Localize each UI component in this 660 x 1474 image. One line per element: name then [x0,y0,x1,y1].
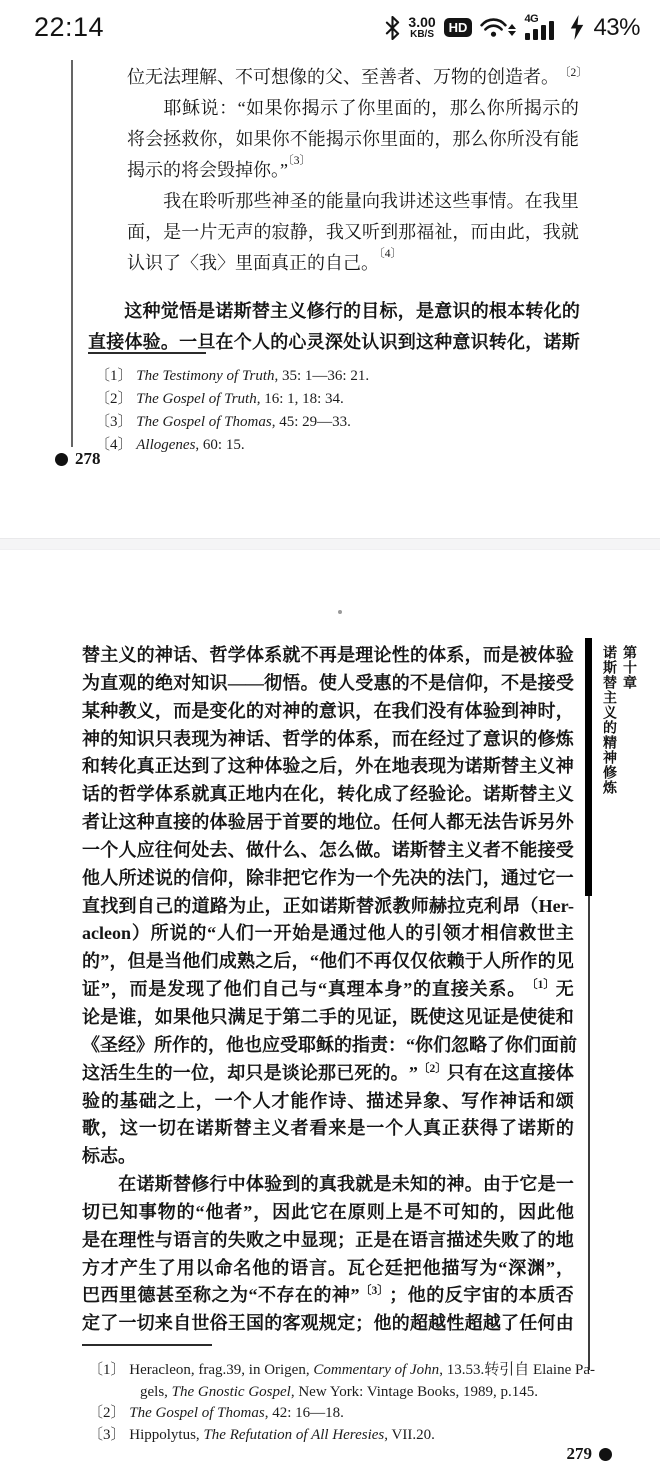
text-line: 将会拯救你，如果你不能揭示你里面的，那么你所没有能 [127,124,579,155]
text-line: 我在聆听那些神圣的能量向我讲述这些事情。在我里 [127,186,579,217]
text-line: 直找到自己的道路为止，正如诺斯替派教师赫拉克利昂（Her- [82,893,574,921]
footnote-line: 〔1〕 Heracleon, frag.39, in Origen, Comme… [88,1360,628,1382]
text-line: 某种教义，而是变化的对神的意识，在我们没有体验到神时， [82,698,574,726]
bluetooth-icon [385,16,400,40]
status-icons: 3.00 KB/S HD 4G [385,14,640,42]
text-line: 者让这种直接的体验居于首要的地位。任何人都无法告诉另外 [82,809,574,837]
text-line: 方才产生了用以命名他的语言。瓦仑廷把他描写为“深渊”， [82,1255,574,1283]
footnote-line: 〔4〕 Allogenes, 60: 15. [95,434,615,457]
body-paragraph: 这种觉悟是诺斯替主义修行的目标，是意识的根本转化的直接体验。一旦在个人的心灵深处… [88,296,580,358]
body-text: 替主义的神话、哲学体系就不再是理论性的体系，而是被体验为直观的绝对知识——彻悟。… [82,642,574,1338]
text-line: 验的基础之上，一个人才能作诗、描述异象、写作神话和颂 [82,1088,574,1116]
ebook-reader-screen: 22:14 3.00 KB/S HD 4G [0,0,660,1474]
quotation-block: 位无法理解、不可想像的父、至善者、万物的创造者。〔2〕耶稣说：“如果你揭示了你里… [127,62,579,279]
text-line: 神的知识只表现为神话、哲学的体系，而在经过了意识的修炼 [82,726,574,754]
book-page-279[interactable]: 替主义的神话、哲学体系就不再是理论性的体系，而是被体验为直观的绝对知识——彻悟。… [0,548,660,1474]
text-line: 这种觉悟是诺斯替主义修行的目标，是意识的根本转化的 [88,296,580,327]
cellular-signal-icon: 4G [524,14,561,41]
text-line: 为直观的绝对知识——彻悟。使人受惠的不是信仰，不是接受 [82,670,574,698]
status-bar: 22:14 3.00 KB/S HD 4G [0,0,660,55]
chapter-title: 诺斯替主义的精神修炼 [601,645,616,795]
text-line: 替主义的神话、哲学体系就不再是理论性的体系，而是被体验 [82,642,574,670]
text-line: 和转化真正达到了这种体验之后，外在地表现为诺斯替主义神 [82,753,574,781]
footnote-separator [88,352,206,354]
text-line: 切已知事物的“他者”，因此它在原则上是不可知的，因此他 [82,1199,574,1227]
text-line: 《圣经》所作的，他也应受耶稣的指责：“你们忽略了你们面前 [82,1032,574,1060]
network-speed-indicator: 3.00 KB/S [408,15,435,39]
text-line: 揭示的将会毁掉你。”〔3〕 [127,155,579,186]
charging-icon [569,15,585,40]
text-line: 位无法理解、不可想像的父、至善者、万物的创造者。〔2〕 [127,62,579,93]
text-line: 在诺斯替修行中体验到的真我就是未知的神。由于它是一 [82,1171,574,1199]
footnote-separator [82,1344,212,1346]
page-number-bullet [599,1448,612,1461]
page-number-279: 279 [567,1444,613,1464]
text-line: 耶稣说：“如果你揭示了你里面的，那么你所揭示的 [127,93,579,124]
text-line: 这活生生的一位，却只是谈论那已死的。”〔2〕只有在这直接体 [82,1060,574,1088]
footnote-line: 〔2〕 The Gospel of Truth, 16: 1, 18: 34. [95,388,615,411]
wifi-icon [480,17,516,38]
footnote-line: 〔3〕 Hippolytus, The Refutation of All He… [88,1425,628,1447]
text-line: 标志。 [82,1143,574,1171]
text-line: 巴西里德甚至称之为“不存在的神”〔3〕；他的反宇宙的本质否 [82,1282,574,1310]
clock: 22:14 [34,12,104,43]
book-page-278[interactable]: 位无法理解、不可想像的父、至善者、万物的创造者。〔2〕耶稣说：“如果你揭示了你里… [0,55,660,475]
text-line: 认识了〈我〉里面真正的自己。〔4〕 [127,248,579,279]
text-line: 证”，而是发现了他们自己与“真理本身”的直接关系。〔1〕无 [82,976,574,1004]
chapter-title-vertical: 第十章 诺斯替主义的精神修炼 [598,645,638,795]
text-line: 是在理性与语言的失败之中显现；正是在语言描述失败了的地 [82,1227,574,1255]
footnote-line: 〔3〕 The Gospel of Thomas, 45: 29—33. [95,411,615,434]
footnote-line: 〔2〕 The Gospel of Thomas, 42: 16—18. [88,1403,628,1425]
page-edge-line [71,60,73,447]
footnote-line: 〔1〕 The Testimony of Truth, 35: 1—36: 21… [95,365,615,388]
text-line: 定了一切来自世俗王国的客观规定；他的超越性超越了任何由 [82,1310,574,1338]
text-line: 话的哲学体系就真正地内在化，转化成了经验论。诺斯替主义 [82,781,574,809]
chapter-bar-thick [585,638,592,896]
text-line: acleon）所说的“人们一开始是通过他人的引领才相信救世主 [82,920,574,948]
page-number-278: 278 [55,449,101,469]
chapter-number: 第十章 [621,645,636,690]
text-line: 歌，这一切在诺斯替主义者看来是一个人真正获得了诺斯的 [82,1115,574,1143]
footnotes-279: 〔1〕 Heracleon, frag.39, in Origen, Comme… [88,1360,628,1446]
text-line: 他人所述说的信仰，除非把它作为一个先决的法门，通过它一 [82,865,574,893]
footnotes-278: 〔1〕 The Testimony of Truth, 35: 1—36: 21… [95,365,615,457]
text-line: 的”，但是当他们成熟之后，“他们不再仅仅依赖于人所作的见 [82,948,574,976]
footnote-line: gels, The Gnostic Gospel, New York: Vint… [88,1382,628,1404]
hd-volte-badge: HD [444,18,473,38]
chapter-bar-thin [588,896,590,1370]
battery-percentage: 43% [593,14,640,42]
text-line: 面，是一片无声的寂静，我又听到那福祉，而由此，我就 [127,217,579,248]
text-line: 论是谁，如果他只满足于第二手的见证，既使这见证是使徒和 [82,1004,574,1032]
text-line: 一个人应往何处去、做什么、怎么做。诺斯替主义者不能接受 [82,837,574,865]
page-number-bullet [55,453,68,466]
wifi-traffic-arrows [508,24,516,36]
